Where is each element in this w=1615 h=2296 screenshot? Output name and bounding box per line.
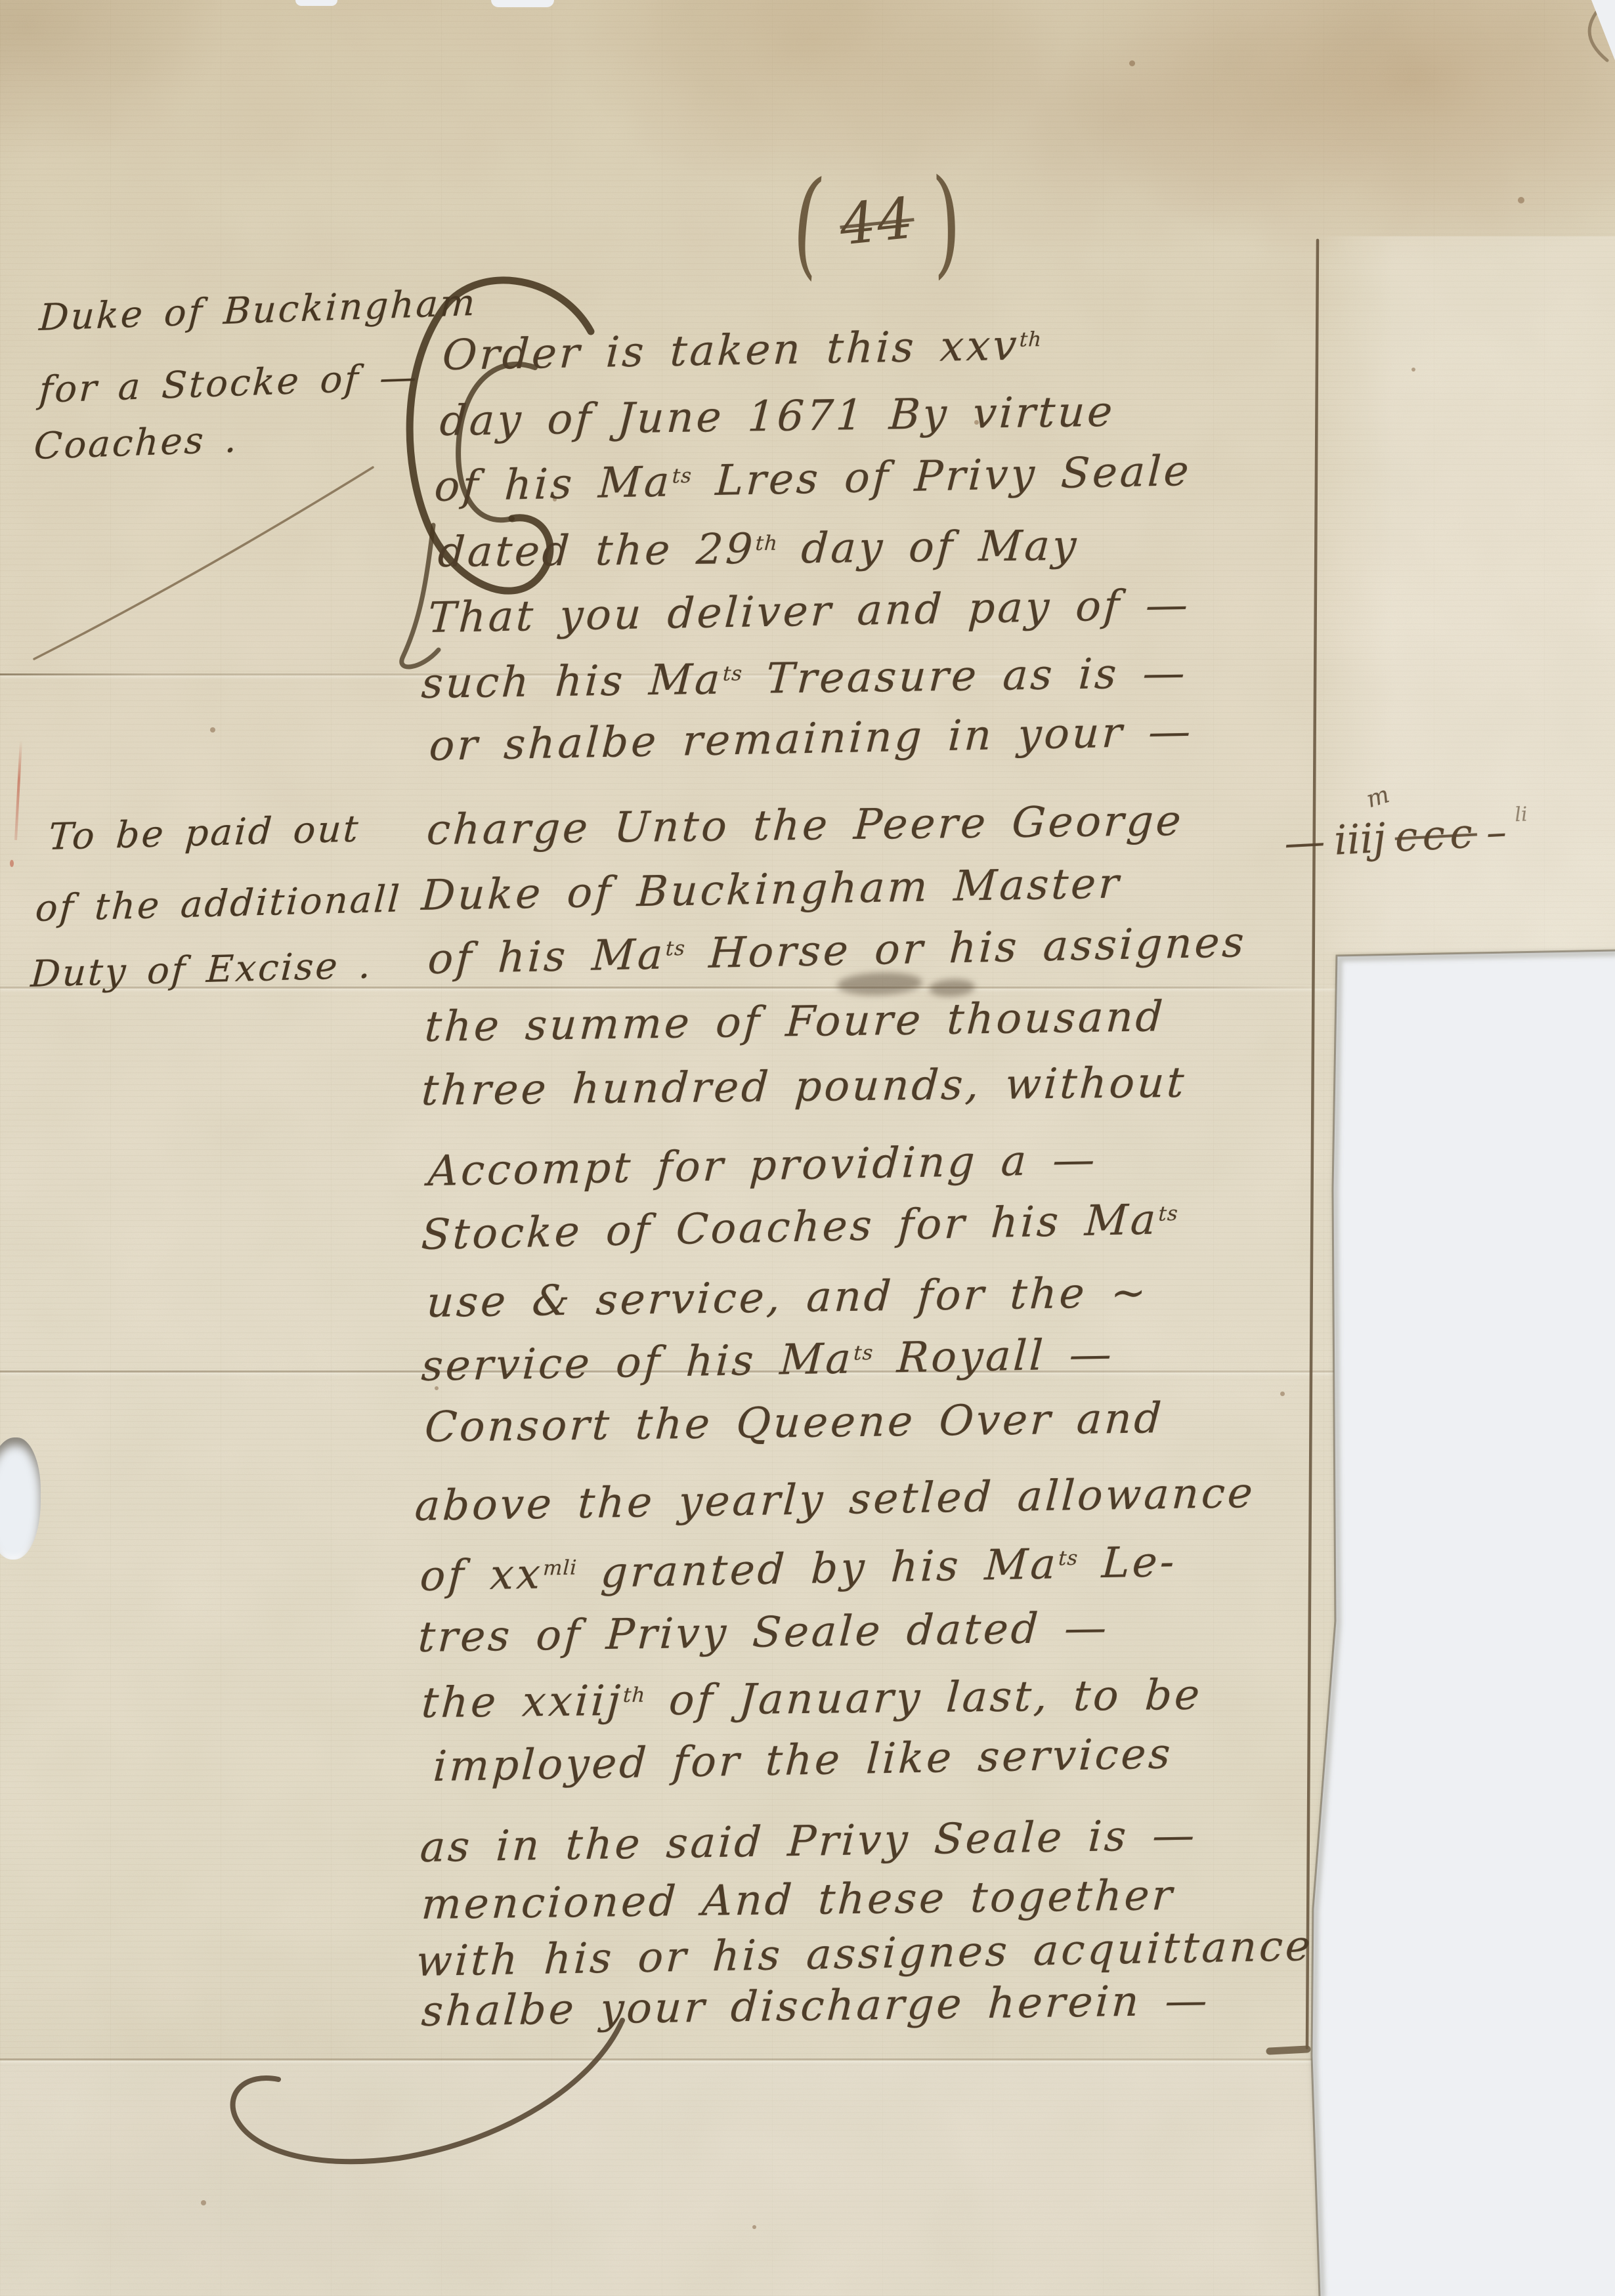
paper-cut-edge [0, 0, 1615, 2296]
manuscript-scan: ( 44 ) Duke of Buckinghamfor a Stocke of… [0, 0, 1615, 2296]
